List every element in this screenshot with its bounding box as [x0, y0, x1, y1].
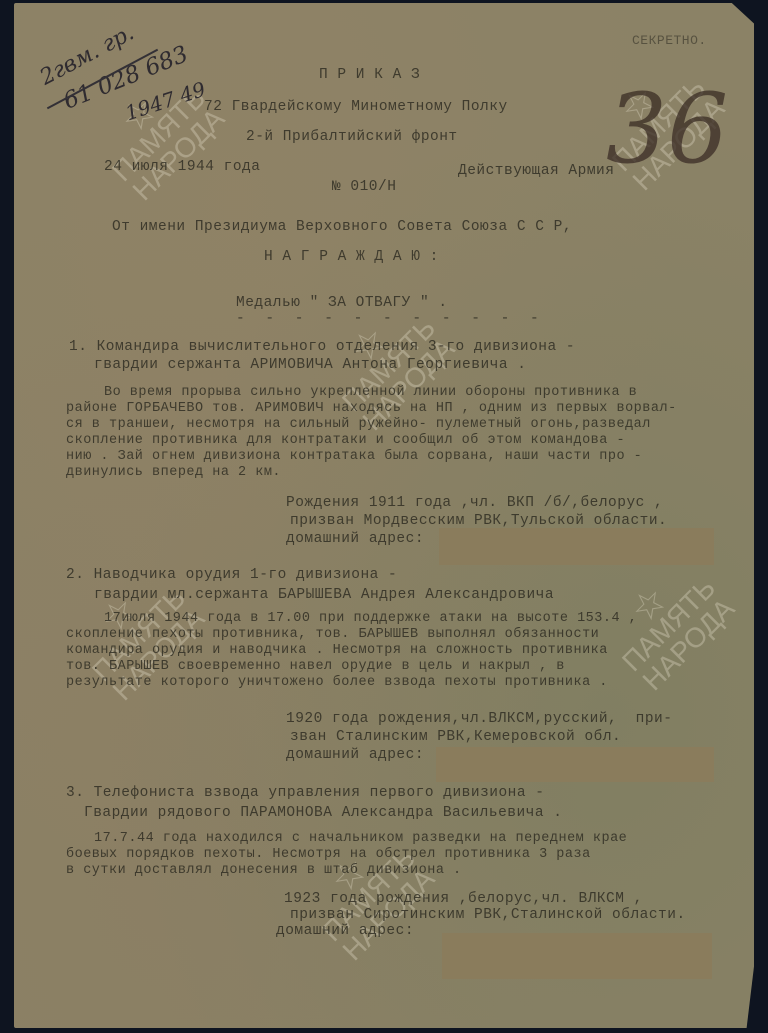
citation-line: ся в траншеи, несмотря на сильный ружейн… [66, 417, 651, 432]
awardee-1-name: гвардии сержанта АРИМОВИЧА Антона Георги… [94, 357, 526, 373]
bio-line: призван Мордвесским РВК,Тульской области… [290, 513, 667, 529]
order-title: П Р И К А З [319, 67, 420, 83]
citation-line: в сутки доставлял донесения в штаб дивиз… [66, 863, 462, 878]
citation-line: боевых порядков пехоты. Несмотря на обст… [66, 847, 591, 862]
citation-line: 17июля 1944 года в 17.00 при поддержке а… [104, 611, 637, 626]
preamble: От имени Президиума Верховного Совета Со… [112, 219, 572, 235]
citation-line: нию . Зай огнем дивизиона контратака был… [66, 449, 642, 464]
bio-line: 1920 года рождения,чл.ВЛКСМ,русский, при… [286, 711, 672, 727]
citation-line: Во время прорыва сильно укрепленной лини… [104, 385, 637, 400]
bio-line: домашний адрес: [286, 531, 424, 547]
citation-line: 17.7.44 года находился с начальником раз… [94, 831, 627, 846]
unit-name: 72 Гвардейскому Минометному Полку [204, 99, 508, 115]
medal-name: Медалью " ЗА ОТВАГУ " . [236, 295, 448, 311]
bio-line: домашний адрес: [276, 923, 414, 939]
location: Действующая Армия [458, 163, 614, 179]
citation-line: результате которого уничтожено более взв… [66, 675, 608, 690]
citation-line: тов. БАРЫШЕВ своевременно навел орудие в… [66, 659, 565, 674]
classification-stamp: СЕКРЕТНО. [632, 33, 707, 48]
bio-line: 1923 года рождения ,белорус,чл. ВЛКСМ , [284, 891, 643, 907]
awardee-2-heading: 2. Наводчика орудия 1-го дивизиона - [66, 567, 397, 583]
redacted-address [439, 528, 714, 565]
citation-line: районе ГОРБАЧЕВО тов. АРИМОВИЧ находясь … [66, 401, 677, 416]
citation-line: скопление пехоты противника, тов. БАРЫШЕ… [66, 627, 599, 642]
redacted-address [442, 933, 712, 979]
award-verb: Н А Г Р А Ж Д А Ю : [264, 249, 439, 265]
bio-line: домашний адрес: [286, 747, 424, 763]
medal-underline: - - - - - - - - - - - [236, 311, 545, 327]
citation-line: скопление противника для контратаки и со… [66, 433, 625, 448]
document-page: ☆ ПАМЯТЬ НАРОДА ☆ ПАМЯТЬ НАРОДА ☆ ПАМЯТЬ… [14, 3, 754, 1028]
front-name: 2-й Прибалтийский фронт [246, 129, 458, 145]
awardee-2-name: гвардии мл.сержанта БАРЫШЕВА Андрея Алек… [94, 587, 554, 603]
awardee-3-name: Гвардии рядового ПАРАМОНОВА Александра В… [84, 805, 562, 821]
order-number: № 010/Н [332, 179, 396, 195]
citation-line: двинулись вперед на 2 км. [66, 465, 281, 480]
bio-line: зван Сталинским РВК,Кемеровской обл. [290, 729, 621, 745]
bio-line: призван Сиротинским РВК,Сталинской облас… [290, 907, 686, 923]
page-number-handwritten: 36 [606, 73, 728, 185]
awardee-3-heading: 3. Телефониста взвода управления первого… [66, 785, 544, 801]
order-date: 24 июля 1944 года [104, 159, 260, 175]
redacted-address [436, 747, 714, 782]
citation-line: командира орудия и наводчика . Несмотря … [66, 643, 608, 658]
bio-line: Рождения 1911 года ,чл. ВКП /б/,белорус … [286, 495, 663, 511]
awardee-1-heading: 1. Командира вычислительного отделения 3… [69, 339, 575, 355]
